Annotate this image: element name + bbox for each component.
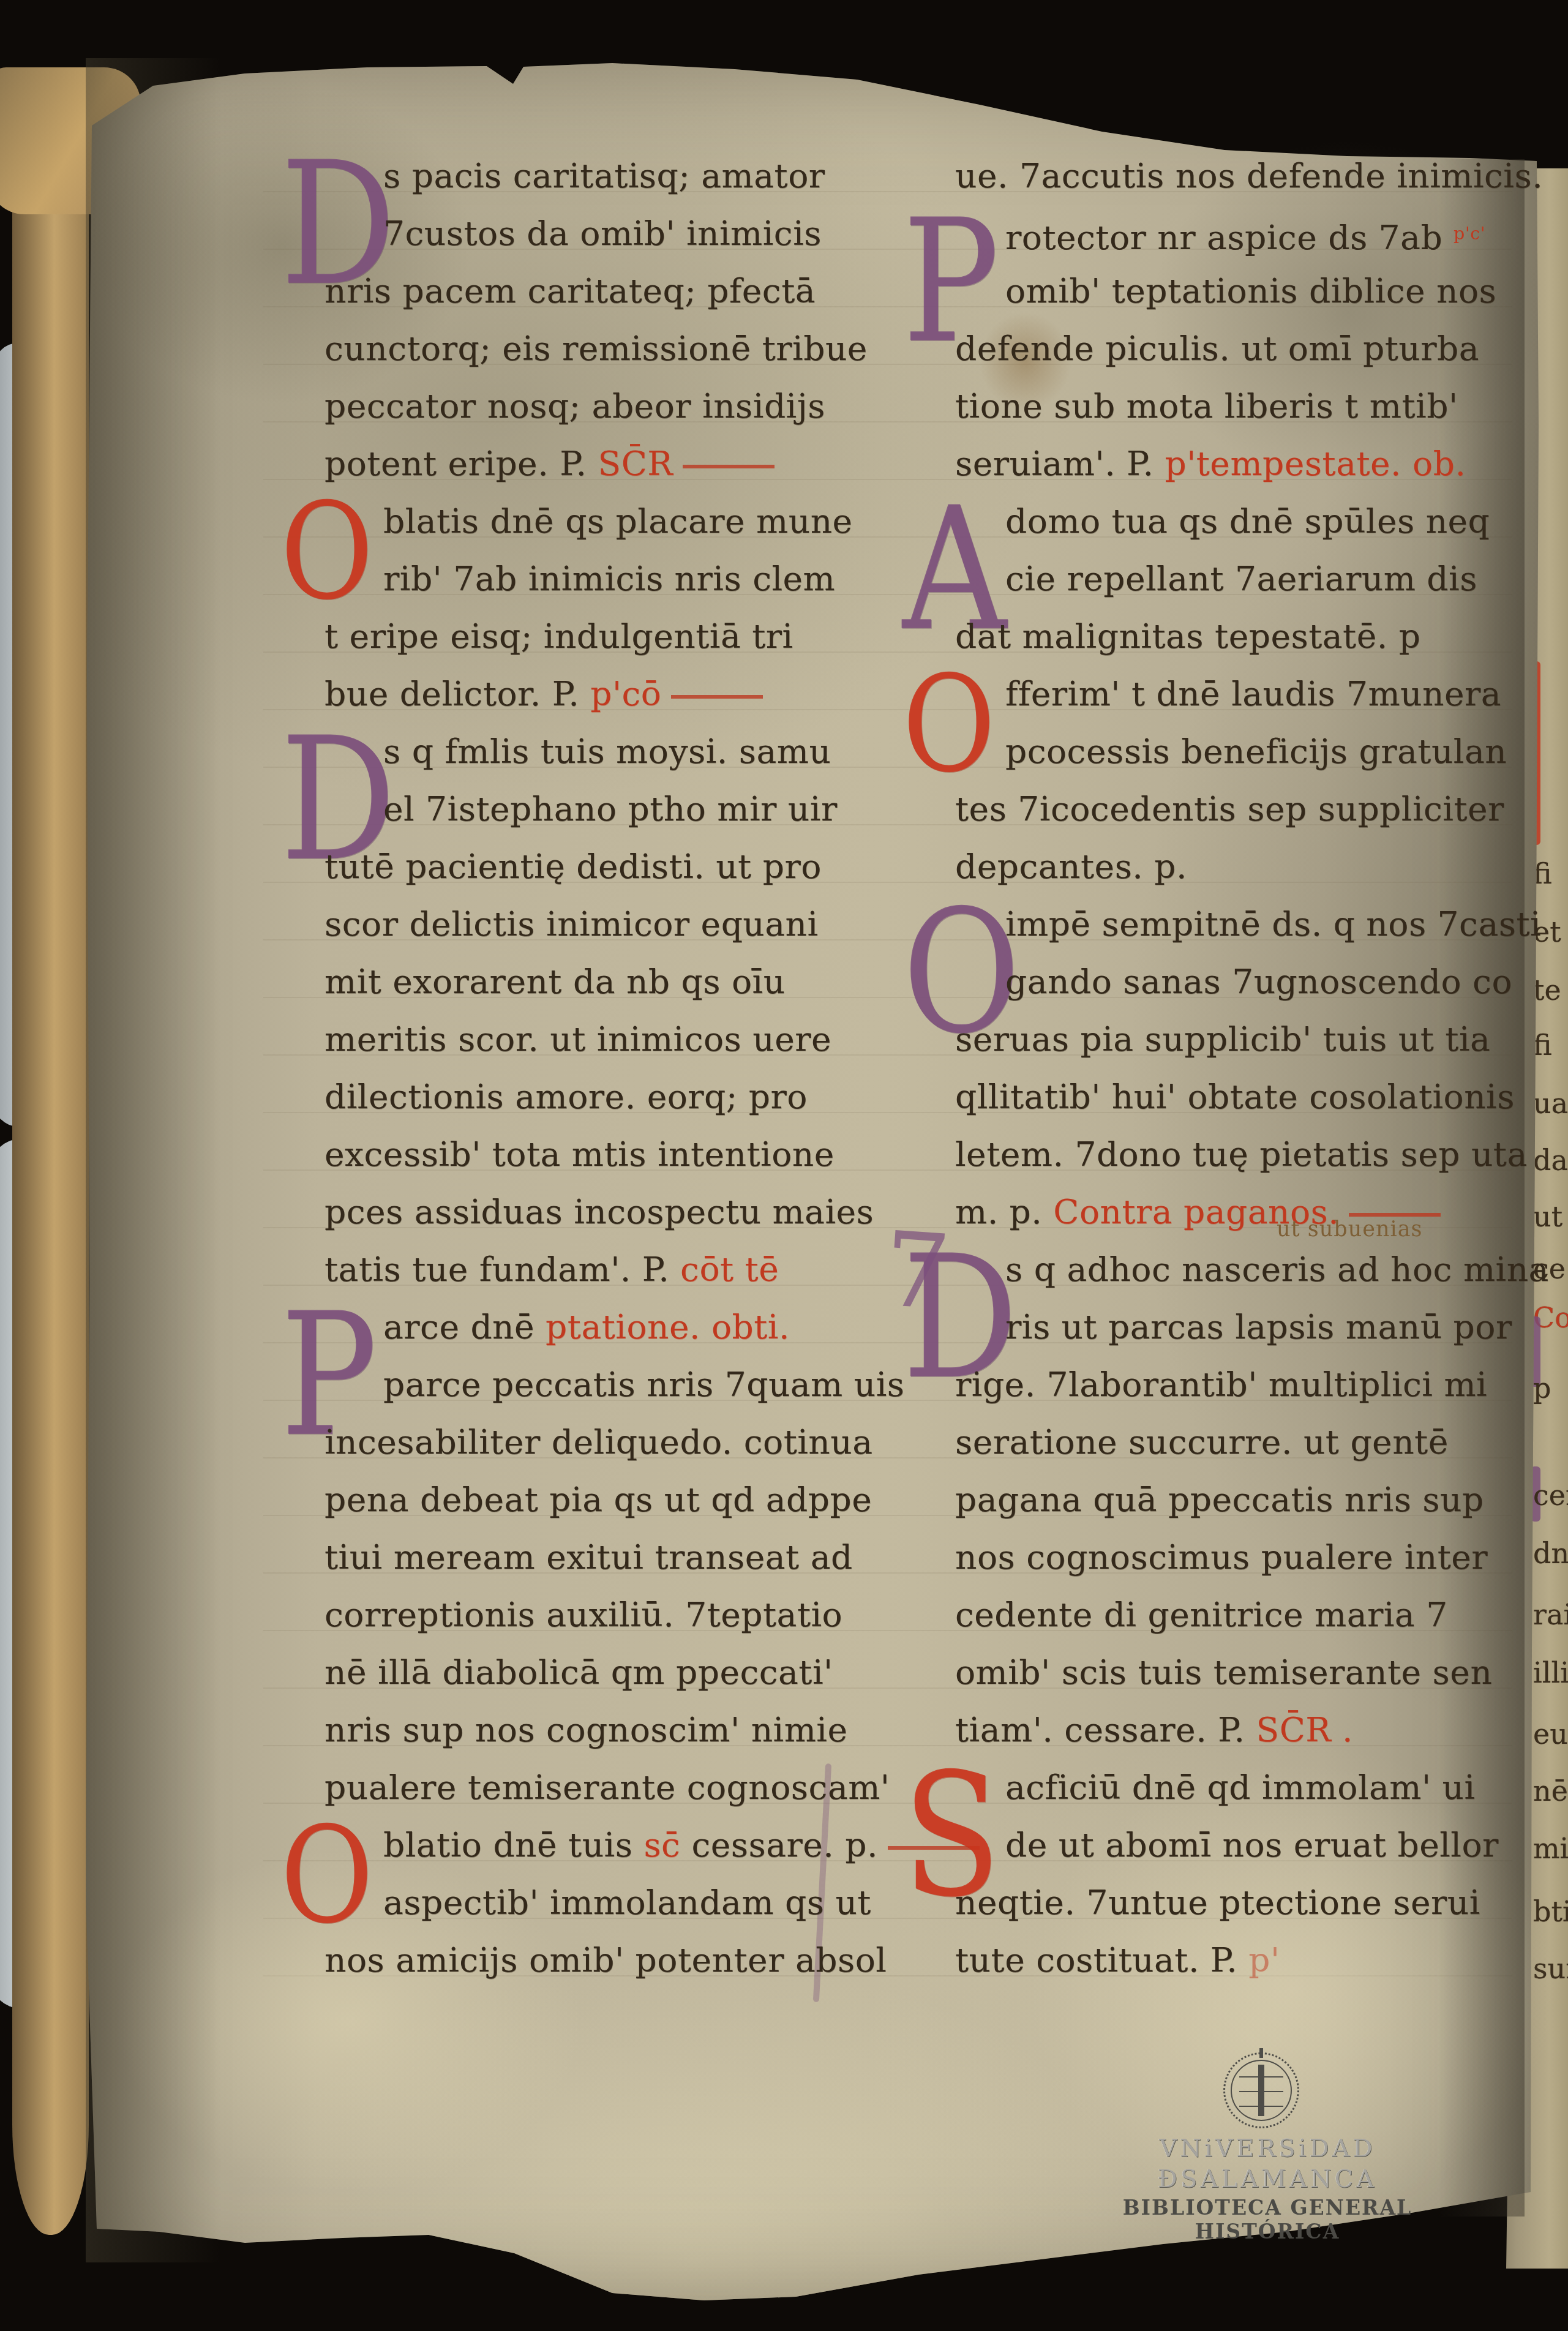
facing-text-fragment: nē:: [1533, 1774, 1568, 1807]
facing-text-fragment: ut: [1533, 1200, 1562, 1233]
text-run: gando sanas 7ugnoscendo co: [1005, 962, 1512, 1001]
manuscript-line: impē sempitnē ds. q nos 7casti: [955, 895, 1525, 953]
manuscript-line: ris ut parcas lapsis manū por: [955, 1298, 1525, 1356]
text-run: nris pacem caritateq; pfectā: [324, 271, 816, 310]
text-run: nos cognoscimus pualere inter: [955, 1537, 1488, 1577]
manuscript-line: s q fmlis tuis moysi. samu: [324, 723, 937, 780]
facing-text-fragment: da: [1533, 1144, 1568, 1177]
watermark-university-line2: ÐSALAMANCA: [1108, 2165, 1427, 2193]
text-run: seratione succurre. ut gentē: [955, 1422, 1449, 1462]
text-run: meritis scor. ut inimicos uere: [324, 1019, 831, 1059]
text-run: tute costituat. P.: [955, 1940, 1237, 1980]
text-run: 7custos da omib' inimicis: [383, 214, 822, 253]
manuscript-line: 7custos da omib' inimicis: [324, 205, 937, 262]
text-run: arce dnē: [383, 1307, 546, 1346]
facing-text-fragment: bti: [1533, 1895, 1568, 1928]
manuscript-line: mit exorarent da nb qs oīu: [324, 953, 937, 1010]
interlinear-gloss: ut subuenias: [1277, 1217, 1422, 1242]
text-run: qllitatib' hui' obtate cosolationis: [955, 1077, 1515, 1116]
rubric-run: sc̄: [643, 1825, 691, 1864]
rubric-run: [1349, 1213, 1441, 1217]
manuscript-line: s pacis caritatisq; amator: [324, 147, 937, 205]
text-run: nris sup nos cognoscim' nimie: [324, 1710, 847, 1749]
manuscript-line: excessib' tota mtis intentione: [324, 1125, 937, 1183]
manuscript-line: parce peccatis nris 7quam uis: [324, 1356, 937, 1413]
manuscript-line: aspectib' immolandam qs ut: [324, 1874, 937, 1931]
manuscript-line: omib' teptationis diblice nos: [955, 262, 1525, 320]
facing-text-fragment: rai: [1533, 1598, 1568, 1631]
manuscript-line: nē illā diabolicā qm ppeccati': [324, 1643, 937, 1701]
margin-mark: 7: [880, 1217, 953, 1324]
manuscript-line: peccator nosq; abeor insidijs: [324, 377, 937, 435]
text-run: cessare. p.: [691, 1825, 878, 1864]
text-run: depcantes. p.: [955, 847, 1187, 886]
seal-emblem: [1231, 2060, 1292, 2121]
text-run: mit exorarent da nb qs oīu: [324, 962, 786, 1001]
rubric-run: SC̄R: [587, 444, 673, 483]
facing-text-fragment: dnig: [1533, 1537, 1568, 1570]
text-run: rotector nr aspice ds 7ab: [1005, 218, 1454, 257]
facing-text-fragment: min: [1533, 1832, 1568, 1865]
text-run: scor delictis inimicor equani: [324, 904, 819, 944]
text-run: nos amicijs omib' potenter absol: [324, 1940, 887, 1980]
text-run: blatis dnē qs placare mune: [383, 501, 853, 541]
text-run: seruas pia supplicib' tuis ut tia: [955, 1019, 1490, 1059]
manuscript-line: incesabiliter deliquedo. cotinua: [324, 1413, 937, 1471]
manuscript-line: m. p. Contra paganos.: [955, 1183, 1525, 1241]
manuscript-line: omib' scis tuis temiserante sen: [955, 1643, 1525, 1701]
text-run: rib' 7ab inimicis nris clem: [383, 559, 835, 598]
text-run: pagana quā ppeccatis nris sup: [955, 1480, 1484, 1519]
watermark-university-line1: VNiVERSiDAD: [1108, 2134, 1427, 2163]
manuscript-line: rotector nr aspice ds 7ab p'c': [955, 205, 1525, 262]
text-run: aspectib' immolandam qs ut: [383, 1883, 871, 1922]
manuscript-line: rige. 7laborantib' multiplici mi: [955, 1356, 1525, 1413]
manuscript-line: gando sanas 7ugnoscendo co: [955, 953, 1525, 1010]
text-run: pcocessis beneficijs gratulan: [1005, 732, 1507, 771]
right-column: ue. 7accutis nos defende inimicis.Protec…: [955, 147, 1525, 1989]
text-run: seruiam'. P.: [955, 444, 1165, 483]
text-run: m. p.: [955, 1192, 1053, 1231]
manuscript-line: scor delictis inimicor equani: [324, 895, 937, 953]
text-run: s q fmlis tuis moysi. samu: [383, 732, 831, 771]
text-run: cedente di genitrice maria 7: [955, 1595, 1448, 1634]
gutter-parchment-edge: [12, 86, 89, 2235]
text-run: omib' scis tuis temiserante sen: [955, 1653, 1492, 1692]
manuscript-line: rib' 7ab inimicis nris clem: [324, 550, 937, 607]
manuscript-line: dilectionis amore. eorq; pro: [324, 1068, 937, 1125]
gutter-paper-edge: [0, 1139, 54, 2008]
gutter-paper-edge: [0, 343, 46, 1127]
text-run: neqtie. 7untue ptectione serui: [955, 1883, 1480, 1922]
manuscript-line: seratione succurre. ut gentē: [955, 1413, 1525, 1471]
text-run: blatio dnē tuis: [383, 1825, 643, 1864]
manuscript-line: nris sup nos cognoscim' nimie: [324, 1701, 937, 1759]
manuscript-line: seruas pia supplicib' tuis ut tia: [955, 1010, 1525, 1068]
manuscript-line: neqtie. 7untue ptectione serui: [955, 1874, 1525, 1931]
manuscript-line: correptionis auxiliū. 7teptatio: [324, 1586, 937, 1643]
manuscript-line: tione sub mota liberis t mtib': [955, 377, 1525, 435]
text-run: cunctorq; eis remissionē tribue: [324, 329, 868, 368]
manuscript-line: arce dnē ptatione. obti.: [324, 1298, 937, 1356]
rubric-run: p'cō: [579, 674, 661, 713]
text-run: tes 7icocedentis sep suppliciter: [955, 789, 1504, 828]
manuscript-line: tiui meream exitui transeat ad: [324, 1528, 937, 1586]
rubric-run: cōt tē: [669, 1250, 779, 1289]
facing-text-fragment: cer: [1533, 1479, 1568, 1512]
manuscript-line: meritis scor. ut inimicos uere: [324, 1010, 937, 1068]
facing-text-fragment: illi: [1533, 1656, 1568, 1689]
rubric-run: SC̄R .: [1245, 1710, 1353, 1749]
text-run: letem. 7dono tuę pietatis sep uta: [955, 1135, 1528, 1174]
manuscript-line: letem. 7dono tuę pietatis sep uta: [955, 1125, 1525, 1183]
text-run: tiui meream exitui transeat ad: [324, 1537, 853, 1577]
university-seal-icon: [1223, 2052, 1299, 2128]
text-run: fferim' t dnē laudis 7munera: [1005, 674, 1501, 713]
manuscript-line: blatis dnē qs placare mune: [324, 492, 937, 550]
rubric-run: p'c': [1454, 223, 1485, 244]
text-run: potent eripe. P.: [324, 444, 587, 483]
facing-text-fragment: p: [1533, 1372, 1551, 1405]
text-run: tiam'. cessare. P.: [955, 1710, 1245, 1749]
manuscript-line: tute costituat. P. p': [955, 1931, 1525, 1989]
manuscript-line: acficiū dnē qd immolam' ui: [955, 1759, 1525, 1816]
text-run: cie repellant 7aeriarum dis: [1005, 559, 1477, 598]
facing-text-fragment: ua: [1533, 1087, 1568, 1120]
manuscript-line: bue delictor. P. p'cō: [324, 665, 937, 723]
text-run: pualere temiserante cognoscam': [324, 1768, 890, 1807]
rubric-run: [683, 465, 775, 468]
manuscript-line: t eripe eisq; indulgentiā tri: [324, 607, 937, 665]
manuscript-line: defende piculis. ut omī pturba: [955, 320, 1525, 377]
text-run: rige. 7laborantib' multiplici mi: [955, 1365, 1487, 1404]
text-run: tutē pacientię dedisti. ut pro: [324, 847, 822, 886]
text-run: excessib' tota mtis intentione: [324, 1135, 835, 1174]
left-column: Ds pacis caritatisq; amator7custos da om…: [324, 147, 937, 1989]
text-run: acficiū dnē qd immolam' ui: [1005, 1768, 1476, 1807]
text-run: dat malignitas tepestatē. p: [955, 617, 1420, 656]
rubric-run: [671, 695, 763, 699]
manuscript-line: tes 7icocedentis sep suppliciter: [955, 780, 1525, 838]
text-run: pena debeat pia qs ut qd adppe: [324, 1480, 872, 1519]
manuscript-line: nos cognoscimus pualere inter: [955, 1528, 1525, 1586]
rubric-run: p'tempestate. ob.: [1165, 444, 1466, 483]
manuscript-photo: fiettefiuadautceCopcerdnigraiillieurnē:m…: [0, 0, 1568, 2331]
manuscript-line: pena debeat pia qs ut qd adppe: [324, 1471, 937, 1528]
text-run: parce peccatis nris 7quam uis: [383, 1365, 904, 1404]
text-run: bue delictor. P.: [324, 674, 579, 713]
manuscript-line: nris pacem caritateq; pfectā: [324, 262, 937, 320]
manuscript-line: cunctorq; eis remissionē tribue: [324, 320, 937, 377]
text-run: ris ut parcas lapsis manū por: [1005, 1307, 1512, 1346]
facing-text-fragment: fi: [1533, 1029, 1552, 1062]
text-run: impē sempitnē ds. q nos 7casti: [1005, 904, 1541, 944]
text-run: de ut abomī nos eruat bellor: [1005, 1825, 1499, 1864]
text-run: nē illā diabolicā qm ppeccati': [324, 1653, 833, 1692]
text-run: defende piculis. ut omī pturba: [955, 329, 1479, 368]
manuscript-line: tutē pacientię dedisti. ut pro: [324, 838, 937, 895]
manuscript-line: tiam'. cessare. P. SC̄R .: [955, 1701, 1525, 1759]
facing-text-fragment: eur: [1533, 1717, 1568, 1751]
watermark-library-line: BIBLIOTECA GENERAL HISTÓRICA: [1084, 2196, 1451, 2243]
facing-text-fragment: sum: [1533, 1952, 1568, 1985]
rubric-run: p': [1237, 1940, 1280, 1980]
manuscript-line: dat malignitas tepestatē. p: [955, 607, 1525, 665]
manuscript-line: depcantes. p.: [955, 838, 1525, 895]
manuscript-line: nos amicijs omib' potenter absol: [324, 1931, 937, 1989]
rubric-run: ptatione. obti.: [546, 1307, 790, 1346]
manuscript-line: tatis tue fundam'. P. cōt tē: [324, 1241, 937, 1298]
text-run: peccator nosq; abeor insidijs: [324, 386, 825, 426]
manuscript-line: seruiam'. P. p'tempestate. ob.: [955, 435, 1525, 492]
manuscript-line: potent eripe. P. SC̄R: [324, 435, 937, 492]
text-run: el 7istephano ptho mir uir: [383, 789, 838, 828]
text-run: correptionis auxiliū. 7teptatio: [324, 1595, 842, 1634]
manuscript-line: de ut abomī nos eruat bellor: [955, 1816, 1525, 1874]
text-run: t eripe eisq; indulgentiā tri: [324, 617, 793, 656]
text-run: domo tua qs dnē spūles neq: [1005, 501, 1490, 541]
facing-text-fragment: te: [1533, 974, 1561, 1007]
manuscript-line: domo tua qs dnē spūles neq: [955, 492, 1525, 550]
manuscript-line: pcocessis beneficijs gratulan: [955, 723, 1525, 780]
text-run: tione sub mota liberis t mtib': [955, 386, 1458, 426]
manuscript-line: pagana quā ppeccatis nris sup: [955, 1471, 1525, 1528]
manuscript-line: cie repellant 7aeriarum dis: [955, 550, 1525, 607]
text-run: tatis tue fundam'. P.: [324, 1250, 669, 1289]
manuscript-line: pualere temiserante cognoscam': [324, 1759, 937, 1816]
text-run: dilectionis amore. eorq; pro: [324, 1077, 808, 1116]
manuscript-line: ue. 7accutis nos defende inimicis.: [955, 147, 1525, 205]
manuscript-line: cedente di genitrice maria 7: [955, 1586, 1525, 1643]
text-run: ue. 7accutis nos defende inimicis.: [955, 156, 1543, 195]
manuscript-line: qllitatib' hui' obtate cosolationis: [955, 1068, 1525, 1125]
text-run: omib' teptationis diblice nos: [1005, 271, 1496, 310]
manuscript-line: el 7istephano ptho mir uir: [324, 780, 937, 838]
text-run: pces assiduas incospectu maies: [324, 1192, 874, 1231]
text-run: incesabiliter deliquedo. cotinua: [324, 1422, 872, 1462]
manuscript-line: s q adhoc nasceris ad hoc mina: [955, 1241, 1525, 1298]
manuscript-line: blatio dnē tuis sc̄ cessare. p.: [324, 1816, 937, 1874]
manuscript-line: pces assiduas incospectu maies: [324, 1183, 937, 1241]
manuscript-line: fferim' t dnē laudis 7munera: [955, 665, 1525, 723]
text-run: s pacis caritatisq; amator: [383, 156, 825, 195]
text-run: s q adhoc nasceris ad hoc mina: [1005, 1250, 1549, 1289]
